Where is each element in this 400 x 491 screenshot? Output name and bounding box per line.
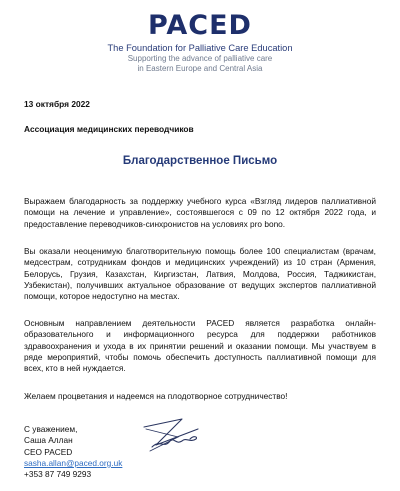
tagline-line-2: in Eastern Europe and Central Asia	[0, 64, 400, 74]
signature-block: С уважением, Саша Аллан CEO PACED sasha.…	[24, 424, 122, 480]
handwritten-signature-icon	[138, 415, 208, 459]
paragraph-help: Вы оказали неоценимую благотворительную …	[24, 246, 376, 302]
paragraph-wishes: Желаем процветания и надеемся на плодотв…	[24, 391, 376, 402]
letterhead: PACED The Foundation for Palliative Care…	[0, 12, 400, 74]
closing: С уважением,	[24, 424, 122, 435]
phone-number: +353 87 749 9293	[24, 469, 122, 480]
signer-title: CEO PACED	[24, 447, 122, 458]
letter-page: PACED The Foundation for Palliative Care…	[0, 0, 400, 491]
paced-logo: PACED	[0, 12, 400, 40]
organization-name: The Foundation for Palliative Care Educa…	[0, 43, 400, 54]
signer-name: Саша Аллан	[24, 435, 122, 446]
recipient: Ассоциация медицинских переводчиков	[24, 124, 194, 134]
letter-title: Благодарственное Письмо	[0, 155, 400, 167]
email-link[interactable]: sasha.allan@paced.org.uk	[24, 458, 122, 468]
letter-date: 13 октября 2022	[24, 99, 90, 109]
tagline-line-1: Supporting the advance of palliative car…	[0, 54, 400, 64]
paragraph-mission: Основным направлением деятельности PACED…	[24, 318, 376, 374]
paragraph-gratitude: Выражаем благодарность за поддержку учеб…	[24, 196, 376, 230]
